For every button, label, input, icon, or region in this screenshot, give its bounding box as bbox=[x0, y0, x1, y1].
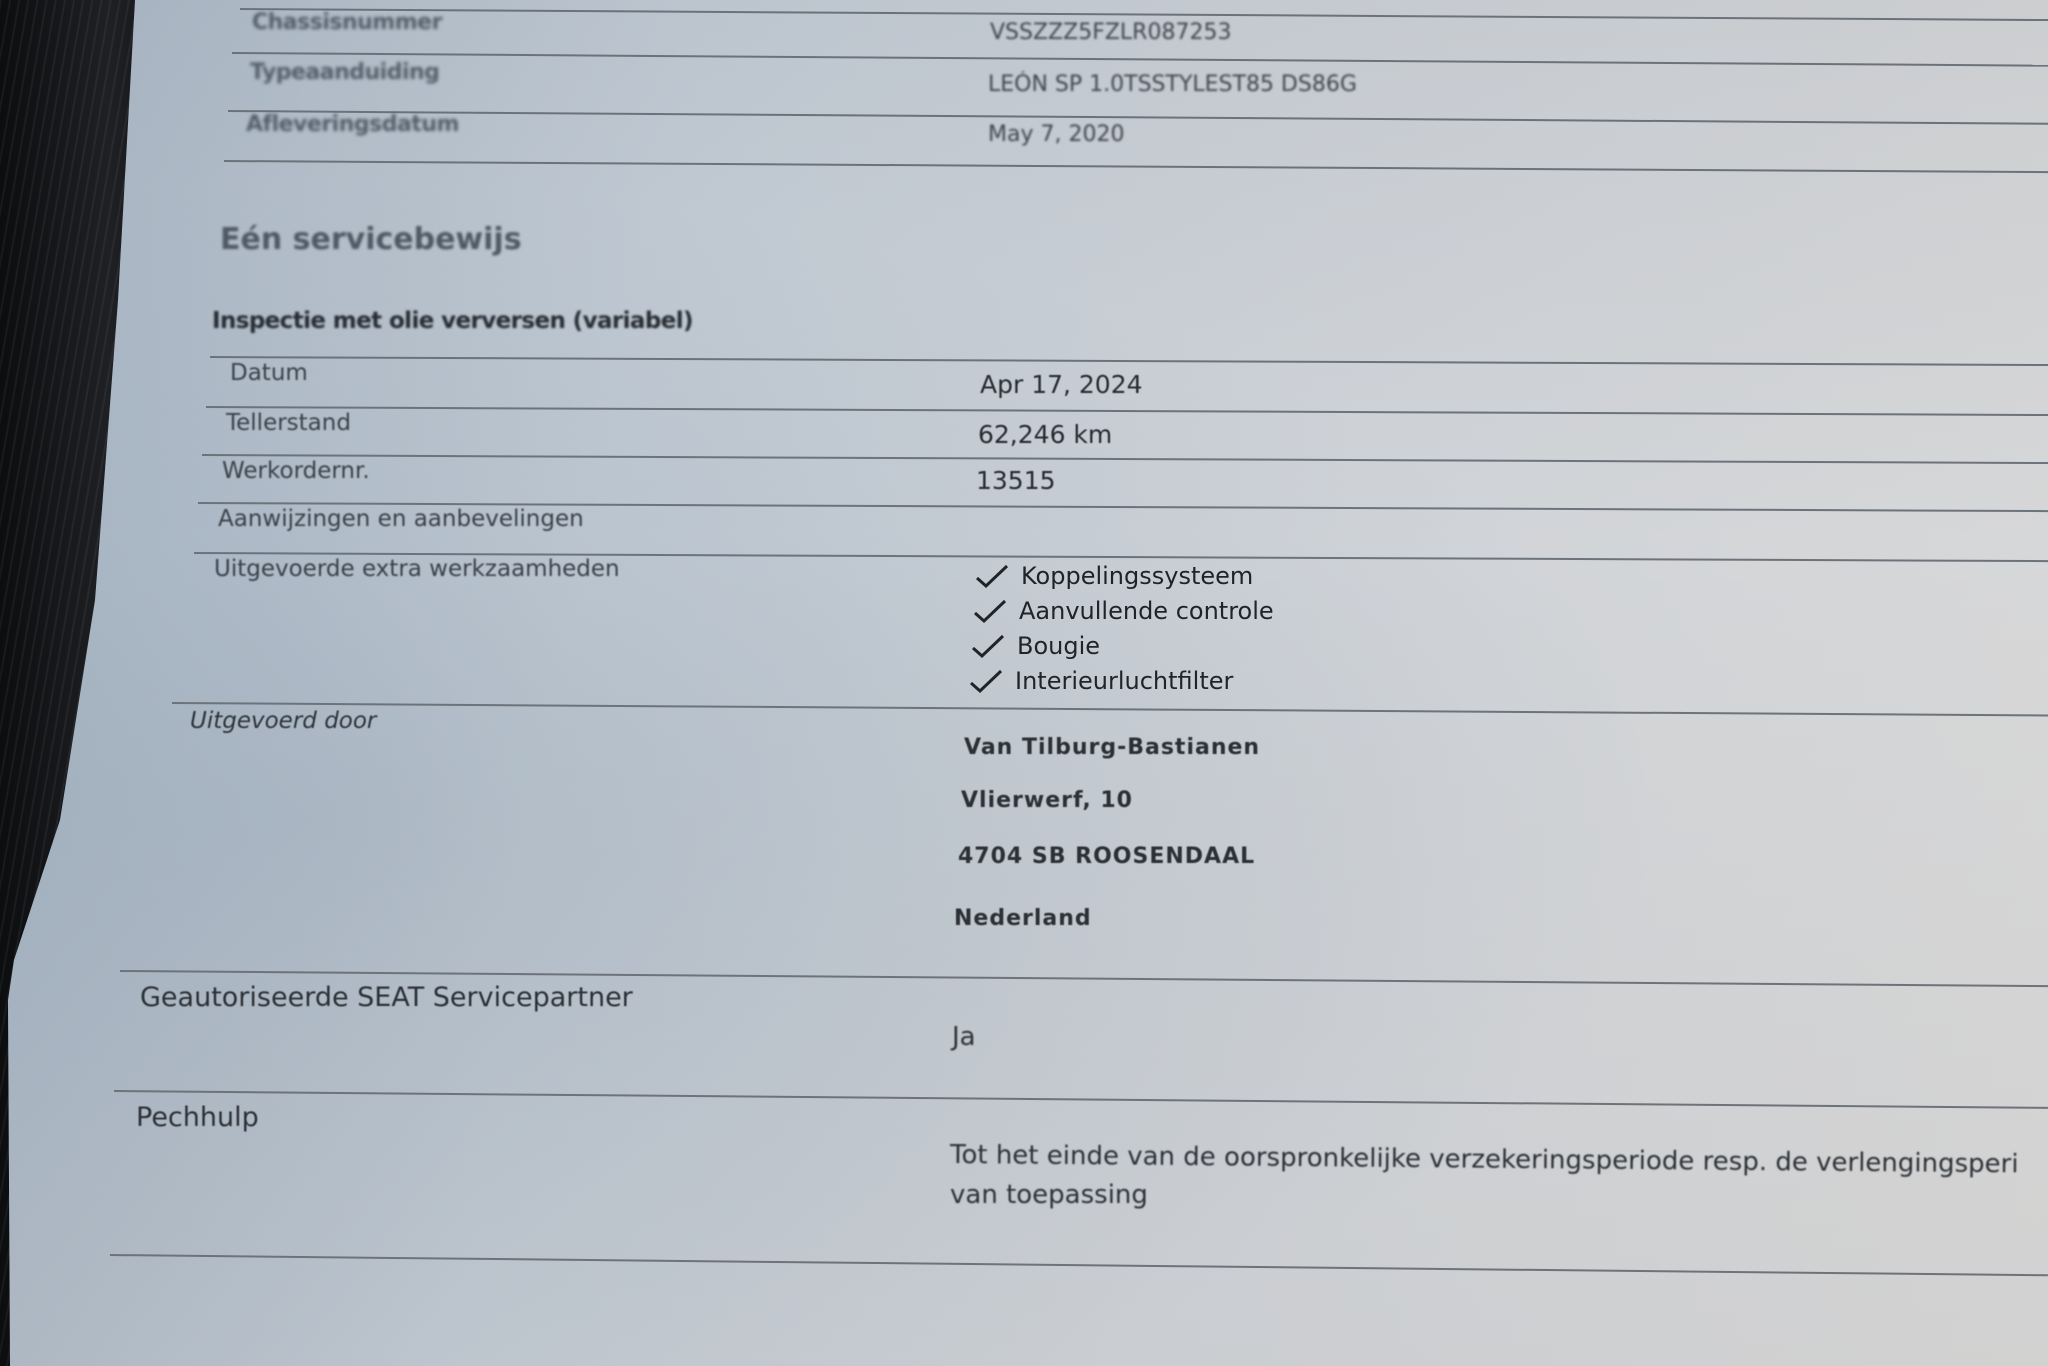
authorized-partner-label: Geautoriseerde SEAT Servicepartner bbox=[140, 982, 633, 1013]
dealer-street: Vlierwerf, 10 bbox=[961, 788, 1133, 813]
chassis-number-value: VSSZZZ5FZLR087253 bbox=[990, 20, 1231, 45]
extra-work-item: Interieurluchtfilter bbox=[969, 667, 1233, 695]
checkmark-icon bbox=[973, 598, 1007, 624]
row-divider bbox=[114, 1090, 2048, 1109]
section-title: Eén servicebewijs bbox=[220, 222, 522, 257]
extra-work-item: Bougie bbox=[971, 632, 1100, 660]
delivery-date-value: May 7, 2020 bbox=[988, 122, 1124, 147]
work-order-label: Werkordernr. bbox=[222, 458, 370, 484]
checkmark-icon bbox=[971, 633, 1005, 659]
service-document-paper: Chassisnummer VSSZZZ5FZLR087253 Typeaand… bbox=[0, 0, 2048, 1366]
performed-by-label: Uitgevoerd door bbox=[190, 708, 376, 734]
row-divider bbox=[172, 702, 2048, 716]
odometer-label: Tellerstand bbox=[226, 410, 351, 436]
row-divider bbox=[228, 110, 2048, 125]
extra-work-item-text: Bougie bbox=[1017, 632, 1100, 660]
odometer-value: 62,246 km bbox=[978, 420, 1112, 449]
extra-work-item-text: Koppelingssysteem bbox=[1021, 562, 1253, 590]
row-divider bbox=[202, 454, 2048, 464]
checkmark-icon bbox=[969, 668, 1003, 694]
date-value: Apr 17, 2024 bbox=[980, 370, 1143, 399]
dealer-country: Nederland bbox=[954, 906, 1092, 931]
type-designation-value: LEÓN SP 1.0TSSTYLEST85 DS86G bbox=[988, 72, 1357, 97]
chassis-number-label: Chassisnummer bbox=[252, 10, 442, 35]
checkmark-icon bbox=[975, 563, 1009, 589]
roadside-assistance-value-line2: van toepassing bbox=[950, 1180, 1148, 1210]
delivery-date-label: Afleveringsdatum bbox=[246, 112, 459, 137]
row-divider bbox=[110, 1254, 2048, 1276]
extra-work-item-text: Aanvullende controle bbox=[1019, 597, 1274, 625]
extra-work-item-text: Interieurluchtfilter bbox=[1015, 667, 1233, 695]
roadside-assistance-value-line1: Tot het einde van de oorspronkelijke ver… bbox=[950, 1140, 2019, 1179]
row-divider bbox=[210, 356, 2048, 366]
date-label: Datum bbox=[230, 360, 308, 386]
dealer-name: Van Tilburg-Bastianen bbox=[964, 735, 1260, 760]
extra-work-label: Uitgevoerde extra werkzaamheden bbox=[214, 556, 620, 582]
dealer-postal-city: 4704 SB ROOSENDAAL bbox=[958, 844, 1255, 869]
row-divider bbox=[206, 406, 2048, 416]
authorized-partner-value: Ja bbox=[952, 1022, 976, 1052]
row-divider bbox=[224, 160, 2048, 173]
service-type-title: Inspectie met olie verversen (variabel) bbox=[212, 308, 693, 334]
work-order-value: 13515 bbox=[976, 466, 1056, 495]
type-designation-label: Typeaanduiding bbox=[250, 60, 439, 85]
extra-work-item: Koppelingssysteem bbox=[975, 562, 1253, 590]
extra-work-item: Aanvullende controle bbox=[973, 597, 1274, 625]
row-divider bbox=[232, 52, 2048, 67]
recommendations-label: Aanwijzingen en aanbevelingen bbox=[218, 506, 584, 532]
roadside-assistance-label: Pechhulp bbox=[136, 1102, 259, 1133]
